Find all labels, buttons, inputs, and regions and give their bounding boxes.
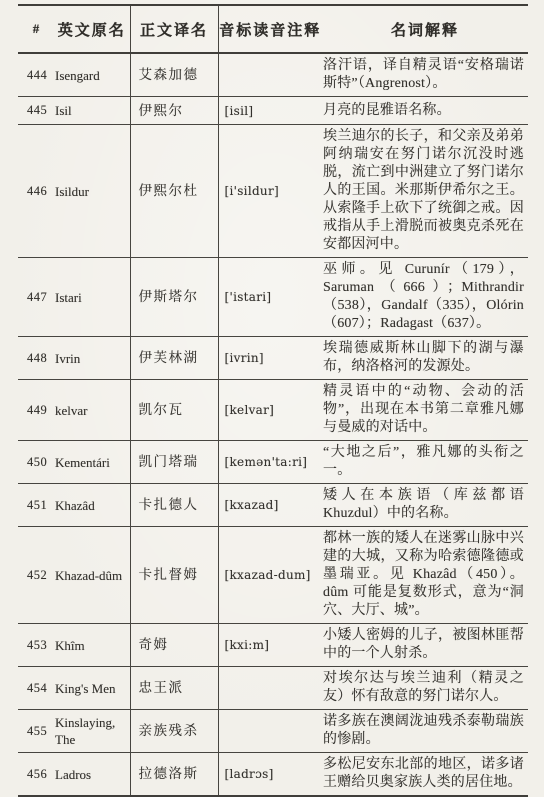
cell-english-name: Isildur	[54, 125, 130, 258]
table-row: 449 kelvar 凯尔瓦 [kelvar] 精灵语中的“动物、会动的活物”，…	[18, 380, 528, 441]
table-body: 444 Isengard 艾森加德 洛汗语，译自精灵语“安格瑞诺斯特”（Angr…	[18, 53, 528, 751]
cell-pronunciation: [kxazad]	[218, 484, 322, 527]
cell-number: 447	[18, 258, 54, 337]
cell-translated-name: 伊熙尔杜	[130, 125, 218, 258]
cell-definition: 精灵语中的“动物、会动的活物”，出现在本书第二章雅凡娜与曼威的对话中。	[322, 380, 528, 441]
cell-translated-name: 艾森加德	[130, 53, 218, 97]
cell-english-name: King's Men	[54, 667, 130, 710]
cell-translated-name: 卡扎督姆	[130, 527, 218, 624]
table-row: 447 Istari 伊斯塔尔 ['istari] 巫师。见 Curunír（1…	[18, 258, 528, 337]
glossary-table: # 英文原名 正文译名 音标读音注释 名词解释 444 Isengard 艾森加…	[18, 4, 528, 751]
cell-translated-name: 伊芙林湖	[130, 337, 218, 380]
table-header: # 英文原名 正文译名 音标读音注释 名词解释	[18, 5, 528, 53]
cell-number: 450	[18, 441, 54, 484]
cell-number: 449	[18, 380, 54, 441]
cell-translated-name: 凯门塔瑞	[130, 441, 218, 484]
table-row: 454 King's Men 忠王派 对埃尔达与埃兰迪利（精灵之友）怀有敌意的努…	[18, 667, 528, 710]
cell-pronunciation: [isil]	[218, 97, 322, 125]
cell-pronunciation	[218, 53, 322, 97]
cell-pronunciation: [kxi:m]	[218, 624, 322, 667]
cell-pronunciation: [kemən'ta:ri]	[218, 441, 322, 484]
cell-number: 451	[18, 484, 54, 527]
table-row: 444 Isengard 艾森加德 洛汗语，译自精灵语“安格瑞诺斯特”（Angr…	[18, 53, 528, 97]
table-row: 451 Khazâd 卡扎德人 [kxazad] 矮人在本族语（库兹都语 Khu…	[18, 484, 528, 527]
cell-definition: “大地之后”，雅凡娜的头衔之一。	[322, 441, 528, 484]
cell-english-name: Kinslaying, The	[54, 710, 130, 752]
cell-pronunciation: [kelvar]	[218, 380, 322, 441]
cell-number: 445	[18, 97, 54, 125]
cell-number: 444	[18, 53, 54, 97]
cell-translated-name: 伊斯塔尔	[130, 258, 218, 337]
table-row: 453 Khîm 奇姆 [kxi:m] 小矮人密姆的儿子，被图林匪帮中的一个人射…	[18, 624, 528, 667]
cell-number: 454	[18, 667, 54, 710]
table-row: 455 Kinslaying, The 亲族残杀 诺多族在澳阔泷迪残杀泰勒瑞族的…	[18, 710, 528, 752]
cell-english-name: Khazâd	[54, 484, 130, 527]
cell-pronunciation: [i'sildur]	[218, 125, 322, 258]
cell-definition: 小矮人密姆的儿子，被图林匪帮中的一个人射杀。	[322, 624, 528, 667]
cell-number: 446	[18, 125, 54, 258]
cell-translated-name: 忠王派	[130, 667, 218, 710]
cell-english-name: Khazad-dûm	[54, 527, 130, 624]
table-row: 446 Isildur 伊熙尔杜 [i'sildur] 埃兰迪尔的长子，和父亲及…	[18, 125, 528, 258]
col-header-translated-name: 正文译名	[130, 5, 218, 53]
cell-translated-name: 亲族残杀	[130, 710, 218, 752]
col-header-pronunciation: 音标读音注释	[218, 5, 322, 53]
cell-number: 455	[18, 710, 54, 752]
cell-number: 448	[18, 337, 54, 380]
table-row: 445 Isil 伊熙尔 [isil] 月亮的昆雅语名称。	[18, 97, 528, 125]
cell-english-name: Istari	[54, 258, 130, 337]
cell-definition: 诺多族在澳阔泷迪残杀泰勒瑞族的惨剧。	[322, 710, 528, 752]
table-row: 452 Khazad-dûm 卡扎督姆 [kxazad-dum] 都林一族的矮人…	[18, 527, 528, 624]
cell-definition: 洛汗语，译自精灵语“安格瑞诺斯特”（Angrenost）。	[322, 53, 528, 97]
cell-translated-name: 卡扎德人	[130, 484, 218, 527]
cell-translated-name: 凯尔瓦	[130, 380, 218, 441]
cell-definition: 都林一族的矮人在迷雾山脉中兴建的大城，又称为哈索德隆德或墨瑞亚。见 Khazâd…	[322, 527, 528, 624]
cell-definition: 对埃尔达与埃兰迪利（精灵之友）怀有敌意的努门诺尔人。	[322, 667, 528, 710]
cell-pronunciation: [ivrin]	[218, 337, 322, 380]
cell-english-name: Isengard	[54, 53, 130, 97]
cell-pronunciation	[218, 710, 322, 752]
cell-english-name: Ivrin	[54, 337, 130, 380]
col-header-definition: 名词解释	[322, 5, 528, 53]
cell-number: 452	[18, 527, 54, 624]
col-header-english-name: 英文原名	[54, 5, 130, 53]
header-row: # 英文原名 正文译名 音标读音注释 名词解释	[18, 5, 528, 53]
scanned-page: # 英文原名 正文译名 音标读音注释 名词解释 444 Isengard 艾森加…	[0, 0, 544, 751]
table-row: 450 Kementári 凯门塔瑞 [kemən'ta:ri] “大地之后”，…	[18, 441, 528, 484]
cell-english-name: kelvar	[54, 380, 130, 441]
cell-definition: 矮人在本族语（库兹都语 Khuzdul）中的名称。	[322, 484, 528, 527]
cell-english-name: Khîm	[54, 624, 130, 667]
cell-pronunciation: ['istari]	[218, 258, 322, 337]
cell-english-name: Isil	[54, 97, 130, 125]
cell-pronunciation: [kxazad-dum]	[218, 527, 322, 624]
cell-translated-name: 伊熙尔	[130, 97, 218, 125]
cell-definition: 巫师。见 Curunír（179），Saruman（666）；Mithrandi…	[322, 258, 528, 337]
col-header-number: #	[18, 5, 54, 53]
cell-number: 453	[18, 624, 54, 667]
cell-definition: 埃兰迪尔的长子，和父亲及弟弟阿纳瑞安在努门诺尔沉没时逃脱，流亡到中洲建立了努门诺…	[322, 125, 528, 258]
cell-english-name: Kementári	[54, 441, 130, 484]
cell-definition: 埃瑞德威斯林山脚下的湖与瀑布，纳洛格河的发源处。	[322, 337, 528, 380]
cell-definition: 月亮的昆雅语名称。	[322, 97, 528, 125]
table-row: 448 Ivrin 伊芙林湖 [ivrin] 埃瑞德威斯林山脚下的湖与瀑布，纳洛…	[18, 337, 528, 380]
cell-translated-name: 奇姆	[130, 624, 218, 667]
cell-pronunciation	[218, 667, 322, 710]
